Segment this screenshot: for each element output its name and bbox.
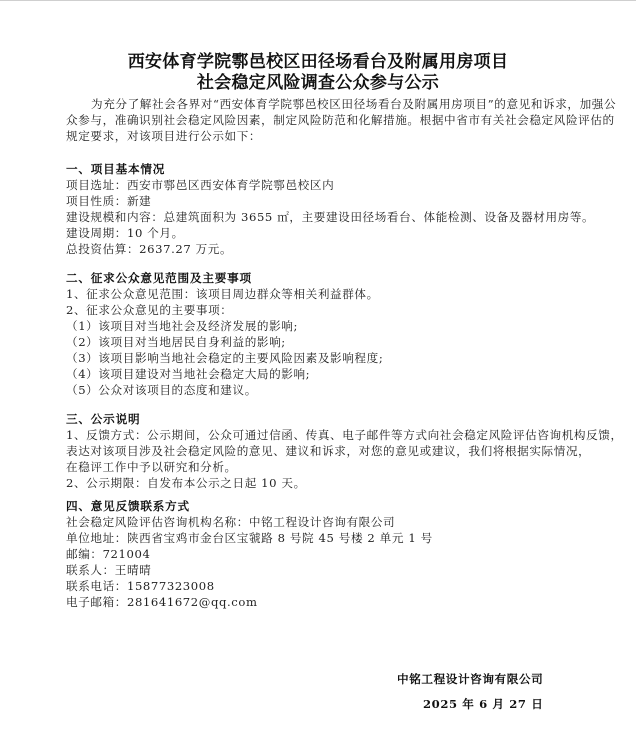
- document-title-line2: 社会稳定风险调查公众参与公示: [0, 68, 636, 93]
- section3-line: 2、公示期限：自发布本公示之日起 10 天。: [66, 475, 306, 491]
- section4-line: 社会稳定风险评估咨询机构名称：中铭工程设计咨询有限公司: [66, 514, 395, 530]
- section2-line: 2、征求公众意见的主要事项：: [66, 302, 233, 318]
- section2-line: （2）该项目对当地居民自身利益的影响;: [66, 334, 286, 350]
- intro-line-1: 为充分了解社会各界对“西安体育学院鄠邑校区田径场看台及附属用房项目”的意见和诉求…: [91, 96, 616, 112]
- signature-date: 2025 年 6 月 27 日: [423, 696, 543, 712]
- section2-line: 1、征求公众意见范围：该项目周边群众等相关利益群体。: [66, 286, 379, 302]
- section4-line: 邮编：721004: [66, 546, 150, 562]
- signature-org: 中铭工程设计咨询有限公司: [397, 671, 543, 687]
- section1-line: 项目性质：新建: [66, 193, 151, 209]
- section4-line: 联系人：王晴晴: [66, 562, 151, 578]
- section1-line: 总投资估算：2637.27 万元。: [66, 241, 232, 257]
- top-border: [0, 0, 636, 1]
- section3-line: 1、反馈方式：公示期间，公众可通过信函、传真、电子邮件等方式向社会稳定风险评估咨…: [66, 427, 623, 443]
- section3-line: 在稳评工作中予以研究和分析。: [66, 459, 237, 475]
- section3-heading: 三、公示说明: [66, 411, 140, 427]
- section3-line: 表达对该项目涉及社会稳定风险的意见、建议和诉求，对您的意见或建议，我们将根据实际…: [66, 443, 590, 459]
- section4-heading: 四、意见反馈联系方式: [66, 498, 190, 514]
- intro-line-3: 规定要求，对该项目进行公示如下：: [66, 128, 261, 144]
- section4-line: 单位地址：陕西省宝鸡市金台区宝虢路 8 号院 45 号楼 2 单元 1 号: [66, 530, 433, 546]
- section1-line: 建设规模和内容：总建筑面积为 3655 ㎡，主要建设田径场看台、体能检测、设备及…: [66, 209, 594, 225]
- section1-line: 建设周期：10 个月。: [66, 225, 184, 241]
- section1-line: 项目选址：西安市鄠邑区西安体育学院鄠邑校区内: [66, 177, 334, 193]
- section2-line: （3）该项目影响当地社会稳定的主要风险因素及影响程度;: [66, 350, 383, 366]
- section4-line: 联系电话：15877323008: [66, 578, 215, 594]
- section1-heading: 一、项目基本情况: [66, 161, 165, 177]
- intro-line-2: 众参与，准确识别社会稳定风险因素，制定风险防范和化解措施。根据中省市有关社会稳定…: [66, 112, 615, 128]
- section2-line: （5）公众对该项目的态度和建议。: [66, 382, 257, 398]
- section2-line: （1）该项目对当地社会及经济发展的影响;: [66, 318, 298, 334]
- section4-line-email: 电子邮箱：281641672@qq.com: [66, 594, 258, 610]
- section2-heading: 二、征求公众意见范围及主要事项: [66, 270, 252, 286]
- section2-line: （4）该项目建设对当地社会稳定大局的影响;: [66, 366, 310, 382]
